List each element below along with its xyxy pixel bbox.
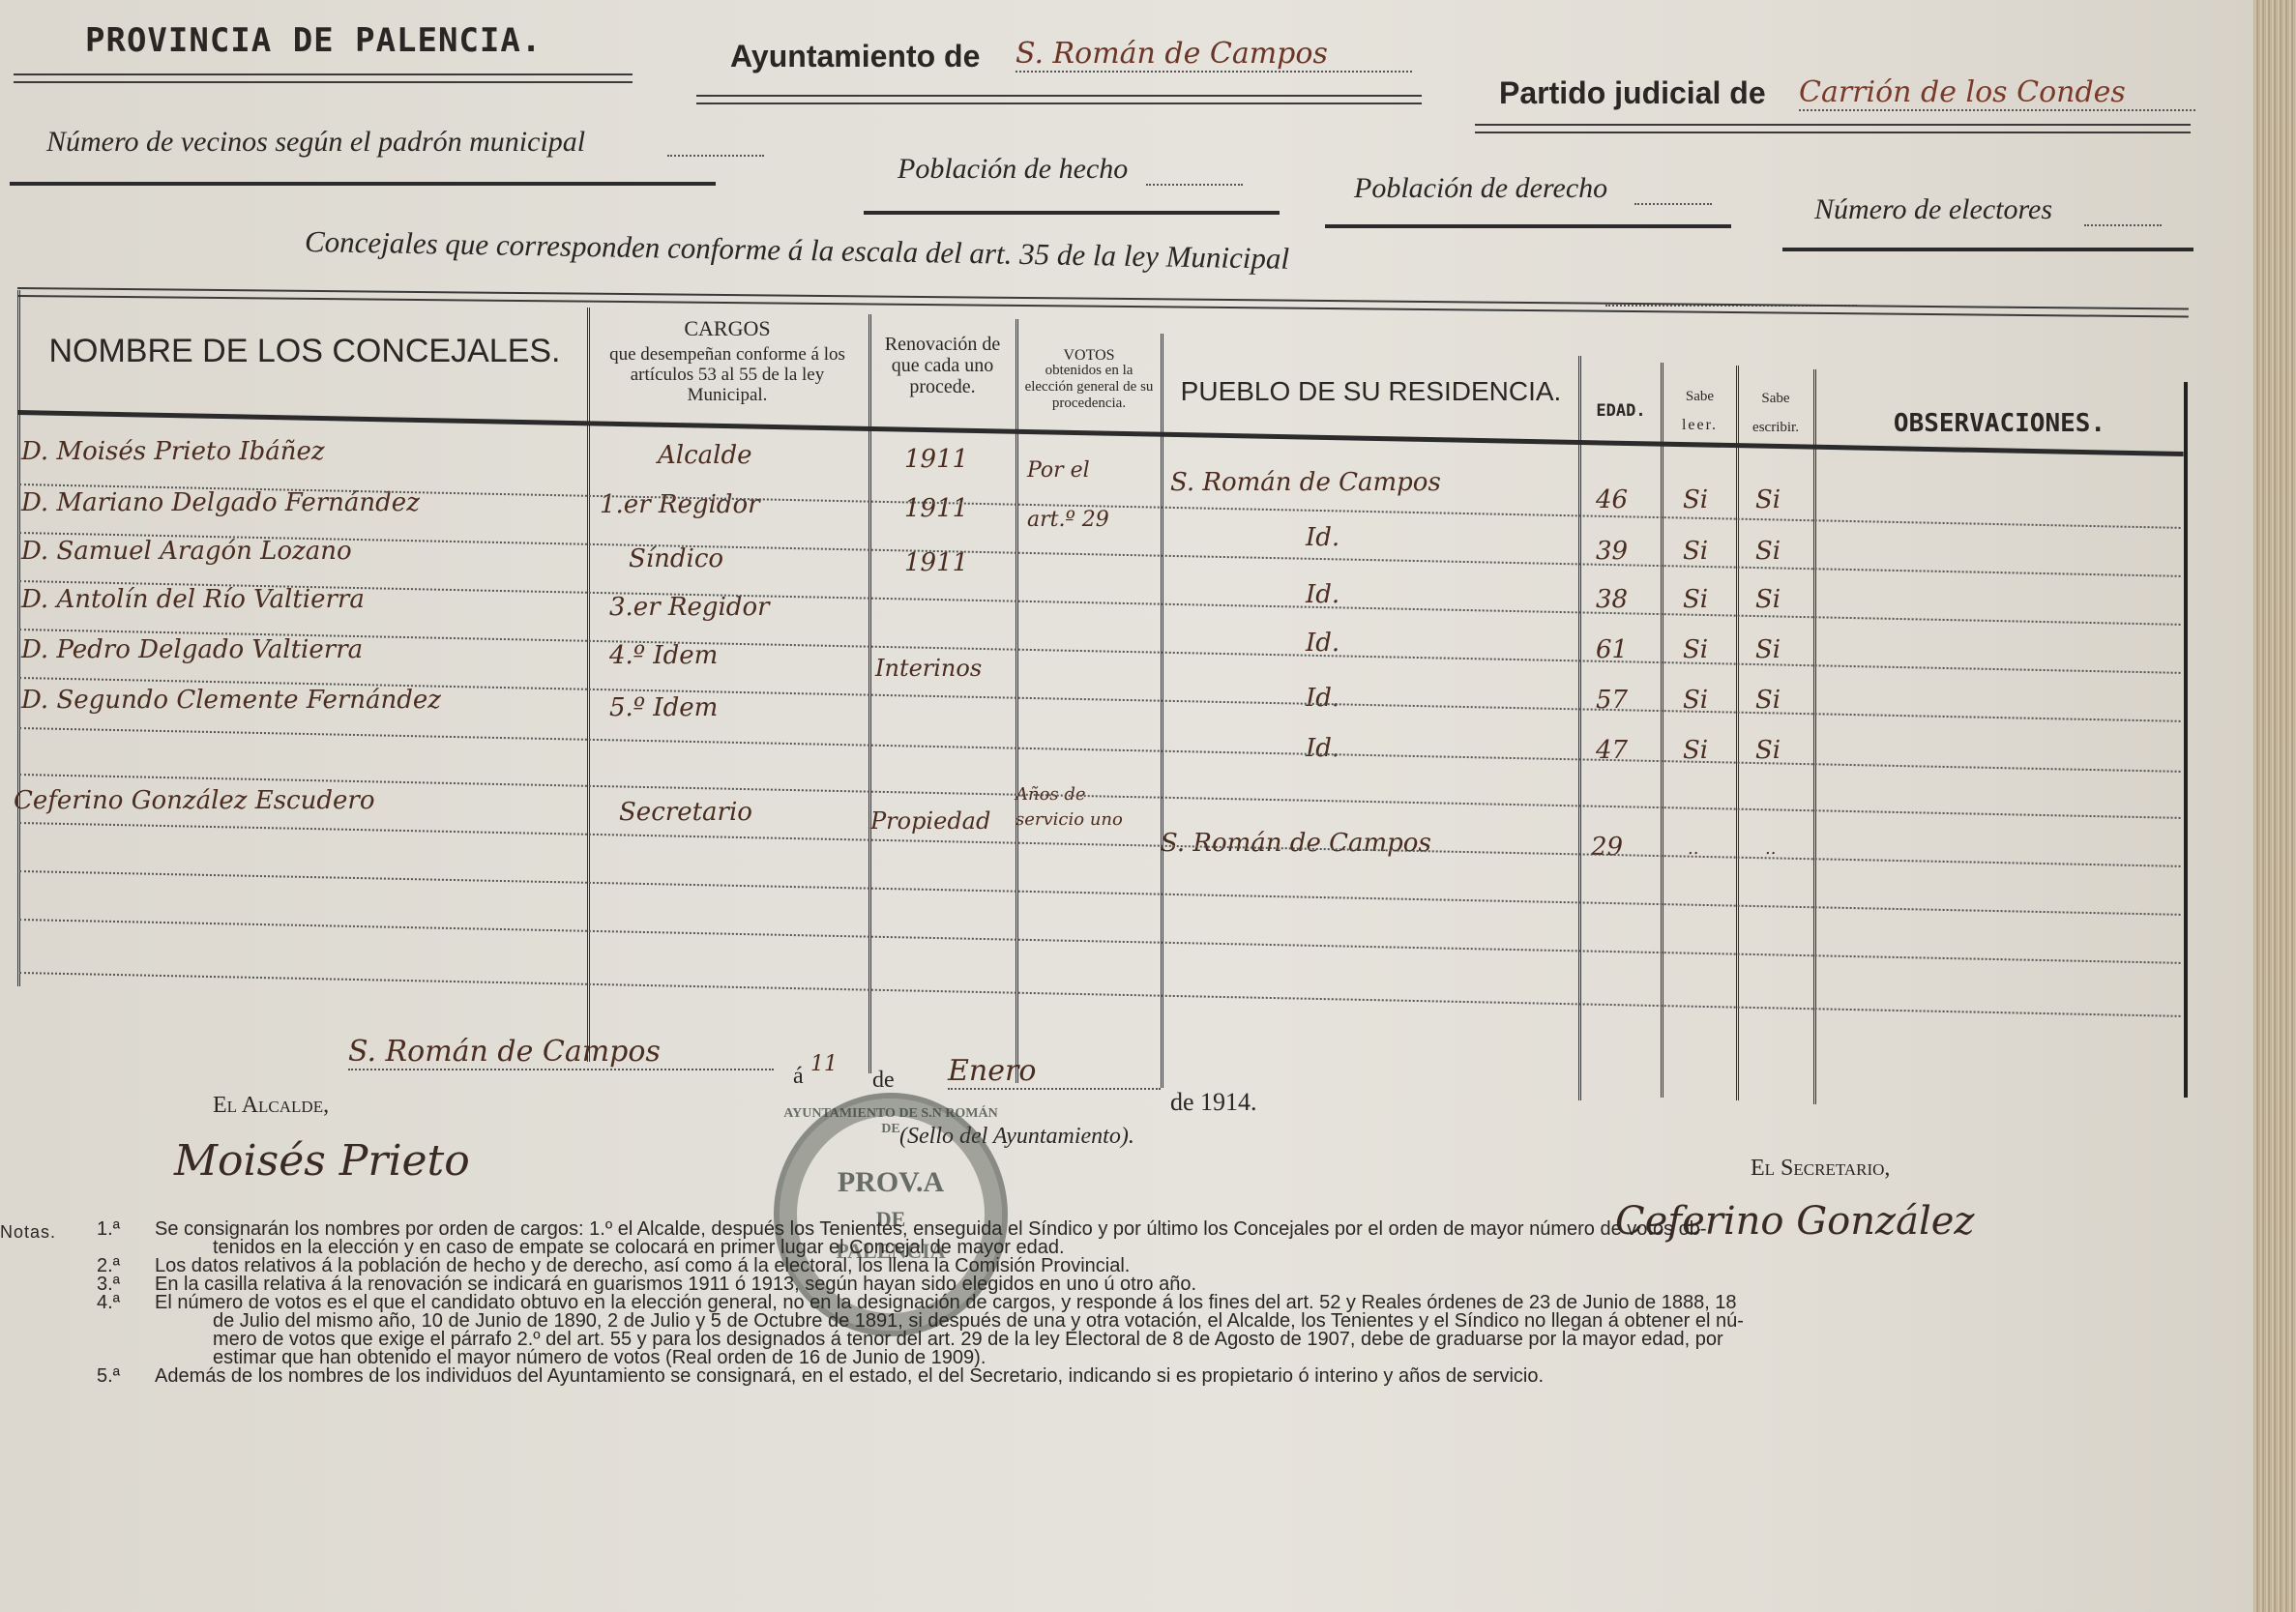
- col-header-renovacion: Renovación de que cada uno procede.: [872, 334, 1013, 397]
- cell-renovacion: 1911: [904, 494, 968, 523]
- cell-votos: Años de servicio uno: [1016, 782, 1151, 833]
- alcalde-signature: Moisés Prieto: [174, 1136, 470, 1186]
- book-page-edges: [2253, 0, 2296, 1612]
- footer-month: Enero: [948, 1054, 1161, 1090]
- footer-day: 11: [810, 1052, 838, 1076]
- partido-value: Carrión de los Condes: [1799, 75, 2195, 111]
- row-line: [19, 972, 2181, 1017]
- partido-rule: [1475, 124, 2191, 133]
- footer-a-label: á: [793, 1064, 804, 1090]
- row-line: [19, 919, 2181, 964]
- poblacion-hecho-label: Población de hecho: [898, 153, 1128, 186]
- table-row: D. Segundo Clemente Fernández 5.º Idem I…: [0, 682, 2184, 730]
- cell-cargo: 5.º Idem: [609, 693, 718, 722]
- col-header-sabe-leer-1: Sabe: [1663, 387, 1736, 406]
- electores-rule: [1782, 248, 2193, 251]
- poblacion-derecho-rule: [1325, 224, 1731, 228]
- electores-label: Número de electores: [1814, 193, 2052, 226]
- note-number: 1.ª: [97, 1220, 120, 1239]
- col-header-nombre: NOMBRE DE LOS CONCEJALES.: [29, 334, 580, 368]
- footer-de-label: de: [872, 1068, 895, 1094]
- table-row: D. Antolín del Río Valtierra 3.er Regido…: [0, 585, 2184, 633]
- cell-nombre: D. Mariano Delgado Fernández: [21, 488, 420, 517]
- province-rule: [14, 73, 633, 83]
- cell-cargo: 3.er Regidor: [609, 593, 770, 622]
- electores-value: [2084, 224, 2162, 226]
- poblacion-derecho-label: Población de derecho: [1354, 172, 1607, 205]
- cell-nombre: D. Pedro Delgado Valtierra: [21, 635, 363, 664]
- alcalde-label: El Alcalde,: [213, 1093, 329, 1119]
- cell-cargo: Secretario: [619, 798, 752, 827]
- poblacion-hecho-rule: [864, 211, 1280, 215]
- col-header-sabe-leer-2: leer.: [1663, 416, 1736, 435]
- col-header-observaciones: OBSERVACIONES.: [1818, 414, 2181, 433]
- col-header-cargos-sub: que desempeñan conforme á los artículos …: [592, 344, 863, 405]
- table-row: D. Mariano Delgado Fernández 1.er Regido…: [0, 488, 2184, 537]
- ayuntamiento-label: Ayuntamiento de: [730, 39, 980, 74]
- vecinos-value: [667, 155, 764, 157]
- cell-renovacion: 1911: [904, 445, 968, 474]
- note-item: 1.ª Se consignarán los nombres por orden…: [97, 1220, 2176, 1257]
- stamp-center-1: PROV.A: [780, 1166, 1002, 1199]
- document-page: PROVINCIA DE PALENCIA. Ayuntamiento de S…: [0, 0, 2253, 1612]
- vecinos-label: Número de vecinos según el padrón munici…: [46, 126, 585, 159]
- cell-escribir: ..: [1765, 838, 1776, 859]
- cell-votos: Por el: [1027, 458, 1090, 483]
- note-number: 4.ª: [97, 1294, 120, 1312]
- row-line: [19, 870, 2181, 916]
- cell-edad: 29: [1591, 833, 1623, 862]
- note-item: 5.ª Además de los nombres de los individ…: [97, 1367, 2176, 1386]
- cell-cargo: Síndico: [629, 544, 723, 573]
- cell-pueblo: Id.: [1306, 734, 1339, 763]
- notes-list: 1.ª Se consignarán los nombres por orden…: [97, 1220, 2176, 1386]
- notes-label: Notas.: [0, 1223, 56, 1242]
- secretario-label: El Secretario,: [1751, 1156, 1890, 1182]
- footer-place: S. Román de Campos: [348, 1035, 774, 1070]
- note-line: Además de los nombres de los individuos …: [155, 1367, 2176, 1386]
- col-header-votos-sub: obtenidos en la elección general de su p…: [1019, 363, 1159, 412]
- col-header-cargos-title: CARGOS: [592, 319, 863, 338]
- concejales-label: Concejales que corresponden conforme á l…: [305, 224, 1290, 277]
- cell-votos: art.º 29: [1027, 508, 1109, 532]
- col-header-pueblo: PUEBLO DE SU RESIDENCIA.: [1170, 382, 1572, 401]
- table-top-rule: [17, 287, 2189, 318]
- col-header-sabe-escribir-1: Sabe: [1739, 389, 1812, 408]
- cell-cargo: Alcalde: [658, 441, 752, 470]
- ayuntamiento-value: S. Román de Campos: [1016, 37, 1412, 73]
- table-right-border: [2184, 382, 2188, 1098]
- table-row: D. Samuel Aragón Lozano Síndico 1911 Id.…: [0, 537, 2184, 585]
- province-title: PROVINCIA DE PALENCIA.: [85, 21, 542, 60]
- table-row: D. Moisés Prieto Ibáñez Alcalde 1911 Por…: [0, 437, 2184, 485]
- cell-renovacion: Propiedad: [870, 807, 990, 835]
- col-header-edad: EDAD.: [1582, 401, 1660, 421]
- cell-nombre: Ceferino González Escudero: [14, 786, 374, 815]
- row-line: [19, 727, 2181, 773]
- stamp-ring-text: AYUNTAMIENTO DE S.N ROMÁN DE: [780, 1106, 1002, 1137]
- cell-escribir: Si: [1755, 736, 1781, 765]
- cell-nombre: D. Antolín del Río Valtierra: [21, 585, 365, 614]
- note-number: 5.ª: [97, 1367, 120, 1386]
- partido-label: Partido judicial de: [1499, 75, 1766, 111]
- table-row: D. Pedro Delgado Valtierra 4.º Idem Inte…: [0, 633, 2184, 682]
- cell-cargo: 4.º Idem: [609, 641, 718, 670]
- cell-pueblo: S. Román de Campos: [1161, 829, 1431, 858]
- cell-renovacion: Interinos: [875, 655, 982, 682]
- footer-year: de 1914.: [1170, 1088, 1257, 1117]
- note-item: 4.ª El número de votos es el que el cand…: [97, 1294, 2176, 1367]
- poblacion-hecho-value: [1146, 184, 1243, 186]
- poblacion-derecho-value: [1634, 203, 1712, 205]
- cell-cargo: 1.er Regidor: [600, 490, 760, 519]
- ayuntamiento-rule: [696, 95, 1422, 104]
- cell-nombre: D. Samuel Aragón Lozano: [21, 537, 352, 566]
- cell-nombre: D. Moisés Prieto Ibáñez: [21, 437, 325, 466]
- cell-nombre: D. Segundo Clemente Fernández: [21, 686, 441, 715]
- vecinos-rule: [10, 182, 716, 186]
- col-header-sabe-escribir-2: escribir.: [1739, 418, 1812, 437]
